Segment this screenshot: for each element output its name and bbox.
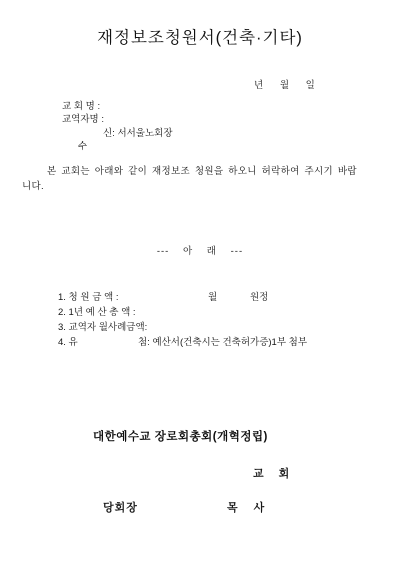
petition-document-page: 재정보조청원서(건축·기타) 년 월 일 교 회 명 : 교역자명 : 수 신:… — [0, 0, 400, 565]
section-divider: --- 아 래 --- — [0, 243, 400, 257]
footer-church-label: 교 회 — [253, 465, 289, 481]
header-fields: 교 회 명 : 교역자명 : 수 신: 서서울노회장 — [62, 100, 104, 140]
footer-session-chair-label: 당회장 — [103, 499, 138, 515]
annual-budget-label: 2. 1년 예 산 총 액 : — [58, 305, 136, 320]
date-line: 년 월 일 — [254, 77, 315, 91]
amount-label: 1. 청 원 금 액 : — [58, 290, 118, 305]
amount-won-unit: 원정 — [250, 290, 268, 305]
recipient-value: 신: 서서울노회장 — [103, 127, 173, 140]
recipient-prefix: 수 — [78, 141, 87, 152]
document-title: 재정보조청원서(건축·기타) — [0, 24, 400, 48]
attachment-value: 첨: 예산서(건축시는 건축허가증)1부 첨부 — [138, 335, 307, 350]
honorarium-label: 3. 교역자 월사례금액: — [58, 320, 147, 335]
attachment-prefix: 4. 유 — [58, 335, 78, 350]
footer-pastor-label: 목 사 — [227, 499, 264, 515]
field-recipient: 수 신: 서서울노회장 — [62, 127, 104, 140]
footer-organization: 대한예수교 장로회총회(개혁정립) — [93, 428, 268, 444]
amount-month-unit: 월 — [208, 290, 217, 305]
field-church-name-label: 교 회 명 : — [62, 100, 104, 113]
petition-detail-list: 1. 청 원 금 액 : 월 원정 2. 1년 예 산 총 액 : 3. 교역자… — [58, 290, 388, 350]
list-item-annual-budget: 2. 1년 예 산 총 액 : — [58, 305, 388, 320]
body-paragraph: 본 교회는 아래와 같이 재정보조 청원을 하오니 허락하여 주시기 바랍니다. — [22, 164, 358, 194]
list-item-honorarium: 3. 교역자 월사례금액: — [58, 320, 388, 335]
field-minister-name-label: 교역자명 : — [62, 113, 104, 126]
list-item-attachment: 4. 유 첨: 예산서(건축시는 건축허가증)1부 첨부 — [58, 335, 388, 350]
list-item-amount: 1. 청 원 금 액 : 월 원정 — [58, 290, 388, 305]
